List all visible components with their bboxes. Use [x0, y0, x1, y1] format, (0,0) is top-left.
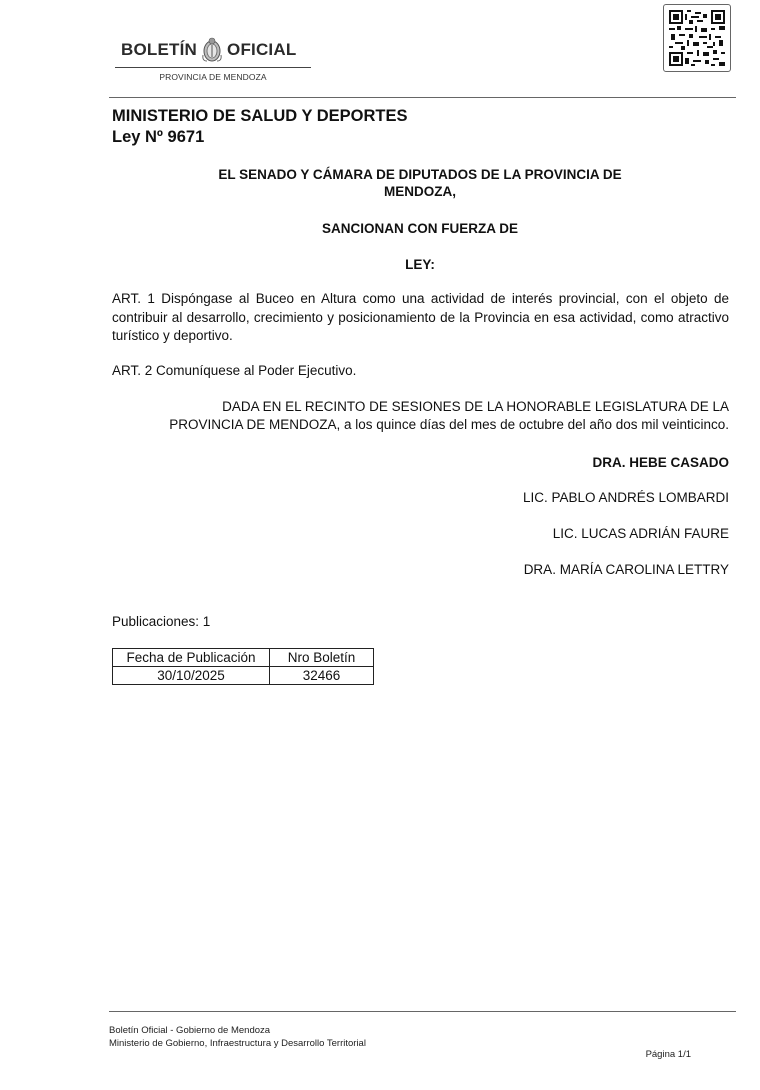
- header-divider: [109, 97, 736, 98]
- given-line-1: DADA EN EL RECINTO DE SESIONES DE LA HON…: [112, 398, 729, 417]
- publications-count: Publicaciones: 1: [112, 614, 210, 629]
- logo-word-oficial: OFICIAL: [227, 40, 296, 60]
- logo-divider: [115, 67, 311, 68]
- table-row: 30/10/2025 32466: [113, 667, 374, 685]
- signatory: DRA. MARÍA CAROLINA LETTRY: [524, 561, 729, 578]
- ministry-title: MINISTERIO DE SALUD Y DEPORTES: [112, 106, 408, 126]
- qr-code[interactable]: [663, 4, 731, 72]
- logo-word-boletin: BOLETÍN: [121, 40, 197, 60]
- page-number: Página 1/1: [646, 1049, 691, 1060]
- preamble-line-2: MENDOZA,: [190, 183, 650, 200]
- ley-heading: LEY:: [190, 256, 650, 273]
- article-1: ART. 1 Dispóngase al Buceo en Altura com…: [112, 290, 729, 346]
- cell-bulletin-number: 32466: [270, 667, 374, 685]
- signatory: LIC. LUCAS ADRIÁN FAURE: [553, 525, 729, 542]
- sanction-heading: SANCIONAN CON FUERZA DE: [190, 220, 650, 237]
- footer-line-2: Ministerio de Gobierno, Infraestructura …: [109, 1037, 366, 1050]
- column-header-date: Fecha de Publicación: [113, 649, 270, 667]
- cell-date: 30/10/2025: [113, 667, 270, 685]
- logo-subtitle: PROVINCIA DE MENDOZA: [115, 72, 311, 82]
- law-number: Ley Nº 9671: [112, 127, 204, 147]
- boletin-oficial-logo: BOLETÍN OFICIAL PROVINCIA DE MENDOZA: [115, 30, 311, 86]
- preamble-line-1: EL SENADO Y CÁMARA DE DIPUTADOS DE LA PR…: [190, 166, 650, 183]
- signatory: LIC. PABLO ANDRÉS LOMBARDI: [523, 489, 729, 506]
- qr-code-icon: [669, 10, 725, 66]
- footer-line-1: Boletín Oficial - Gobierno de Mendoza: [109, 1024, 270, 1037]
- article-2: ART. 2 Comuníquese al Poder Ejecutivo.: [112, 362, 729, 381]
- coat-of-arms-icon: [201, 37, 223, 63]
- column-header-bulletin: Nro Boletín: [270, 649, 374, 667]
- footer-divider: [109, 1011, 736, 1012]
- signatory: DRA. HEBE CASADO: [592, 454, 729, 471]
- table-header-row: Fecha de Publicación Nro Boletín: [113, 649, 374, 667]
- publications-table: Fecha de Publicación Nro Boletín 30/10/2…: [112, 648, 374, 685]
- given-line-2: PROVINCIA DE MENDOZA, a los quince días …: [112, 416, 729, 435]
